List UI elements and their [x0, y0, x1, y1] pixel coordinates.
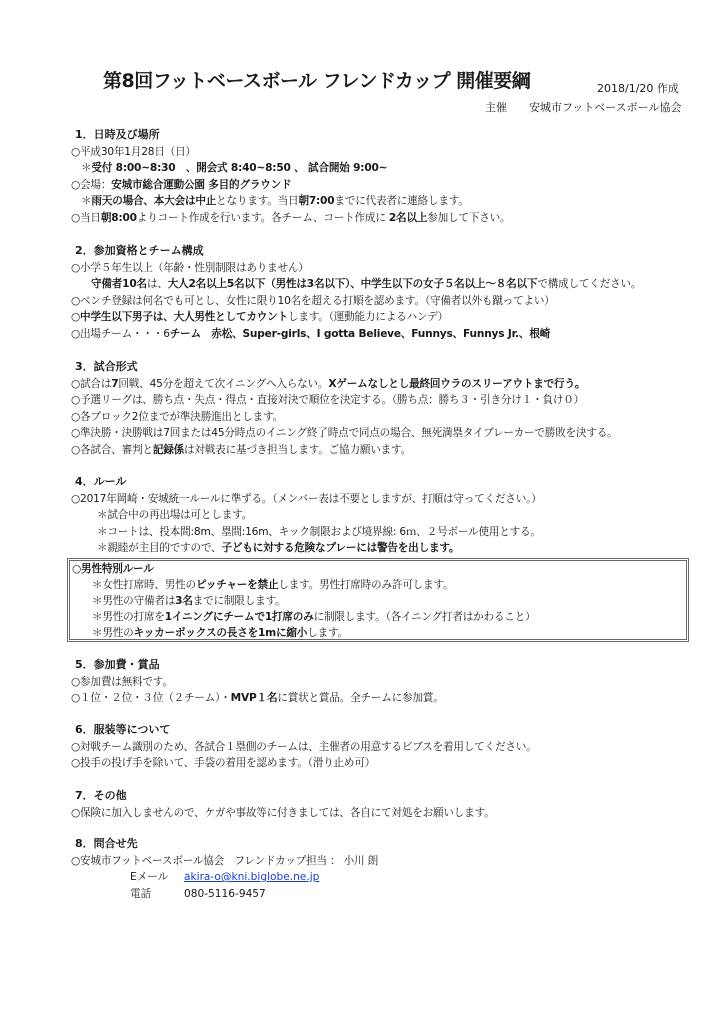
text-line: ＊女性打席時、男性のピッチャーを禁止します。男性打席時のみ許可します。: [72, 577, 686, 593]
text: ＊男性の打席を: [92, 611, 165, 623]
text-line: 守備者10名は、大人2名以上5名以下（男性は3名以下）、中学生以下の女子５名以上…: [71, 276, 641, 293]
organizer-line: 主催安城市フットベースボール協会: [485, 99, 681, 115]
text-line: ○保険に加入しませんので、ケガや事故等に付きましては、各自にて対処をお願いします…: [71, 805, 495, 822]
contact-email-row: Eメールakira-o@kni.biglobe.ne.jp: [71, 869, 378, 886]
text: ○対戦チーム識別のため、各試合１塁側のチームは、主催者の用意するビブスを着用して…: [71, 741, 537, 753]
text-line: ＊コートは、投本間:8m、塁間:16m、キック制限および境界線: 6ｍ、２号ボー…: [71, 524, 542, 541]
section-heading: 3．試合形式: [75, 359, 618, 376]
bold-text: MVP１名: [231, 692, 278, 704]
bold-text: 朝7:00: [298, 195, 334, 207]
text-line: ○平成30年1月28日（日）: [71, 144, 510, 161]
text: ○当日: [71, 212, 101, 224]
text-line: ＊受付 8:00~8:30 、開会式 8:40~8:50 、 試合開始 9:00…: [71, 160, 510, 177]
section-body: ○保険に加入しませんので、ケガや事故等に付きましては、各自にて対処をお願いします…: [71, 805, 495, 822]
text: ○投手の投げ手を除いて、手袋の着用を認めます。（滑り止め可）: [71, 757, 375, 769]
bold-text: 中学生以下男子は、大人男性としてカウント: [80, 311, 288, 323]
section-heading: 2．参加資格とチーム構成: [75, 243, 641, 260]
text: ＊コートは、投本間:8m、塁間:16m、キック制限および境界線: 6ｍ、２号ボー…: [97, 526, 541, 538]
text: ○: [71, 311, 80, 323]
bold-text: 男性特別ルール: [81, 563, 154, 575]
contact-phone-row: 電話080-5116-9457: [71, 886, 378, 903]
text: ○小学５年生以上（年齢・性別制限はありません）: [71, 262, 309, 274]
section-1: 1．日時及び場所 ○平成30年1月28日（日）＊受付 8:00~8:30 、開会…: [71, 127, 510, 226]
text: は対戦表に基づき担当します。ご協力願います。: [184, 444, 411, 456]
text: ○2017年岡崎・安城統一ルールに準ずる。（メンバー表は不要としますが、打順は守…: [71, 493, 542, 505]
section-body: ○平成30年1月28日（日）＊受付 8:00~8:30 、開会式 8:40~8:…: [71, 144, 510, 227]
text-line: ○出場チーム・・・6チーム 赤松、Super-girls、I gotta Bel…: [71, 326, 641, 343]
text: します。（運動能力によるハンデ）: [288, 311, 448, 323]
section-body: ○小学５年生以上（年齢・性別制限はありません）守備者10名は、大人2名以上5名以…: [71, 260, 641, 343]
text: ○試合は: [71, 378, 111, 390]
text: ＊男性の: [92, 627, 134, 639]
text: ○準決勝・決勝戦は7回または45分時点のイニング終了時点で同点の場合、無死満塁タ…: [71, 427, 618, 439]
section-6: 6．服装等について ○対戦チーム識別のため、各試合１塁側のチームは、主催者の用意…: [71, 722, 537, 772]
text-line: ○試合は7回戦、45分を超えて次イニングへ入らない。Xゲームなしとし最終回ウラの…: [71, 376, 618, 393]
section-5: 5．参加費・賞品 ○参加費は無料です。○１位・２位・３位（２チーム）・MVP１名…: [71, 657, 444, 707]
text-line: ○安城市フットベースボール協会 フレンドカップ担当 ： 小川 朗: [71, 853, 378, 870]
text: ＊女性打席時、男性の: [92, 579, 196, 591]
bold-text: 受付 8:00~8:30 、開会式 8:40~8:50 、 試合開始 9:00~: [91, 162, 387, 174]
email-link[interactable]: akira-o@kni.biglobe.ne.jp: [184, 871, 319, 883]
section-heading: 6．服装等について: [75, 722, 537, 739]
text: ＊: [81, 162, 91, 174]
section-heading: 5．参加費・賞品: [75, 657, 444, 674]
organizer-name: 安城市フットベースボール協会: [529, 101, 681, 114]
text-line: ＊試合中の再出場は可とします。: [71, 507, 542, 524]
document-title: 第8回フットベースボール フレンドカップ 開催要綱: [103, 66, 530, 93]
section-7: 7．その他 ○保険に加入しませんので、ケガや事故等に付きましては、各自にて対処を…: [71, 788, 495, 821]
bold-text: 大人2名以上5名以下（男性は3名以下）、中学生以下の女子５名以上～８名以下: [168, 278, 538, 290]
bold-text: 1イニングにチームで1打席のみ: [165, 611, 314, 623]
phone-number: 080-5116-9457: [184, 888, 266, 900]
bold-text: キッカーボックスの長さを1mに縮小: [134, 627, 308, 639]
text-line: ＊親睦が主目的ですので、子どもに対する危険なプレーには警告を出します。: [71, 540, 542, 557]
bold-text: Xゲームなしとし最終回ウラのスリーアウトまで行う。: [328, 378, 585, 390]
text: ○安城市フットベースボール協会 フレンドカップ担当 ： 小川 朗: [71, 855, 378, 867]
text-line: ＊男性の守備者は3名までに制限します。: [72, 593, 686, 609]
text: ＊男性の守備者は: [92, 595, 175, 607]
text: で構成してください。: [537, 278, 641, 290]
created-date: 2018/1/20 作成: [597, 80, 679, 96]
text: ○ベンチ登録は何名でも可とし、女性に限り10名を超える打順を認めます。（守備者以…: [71, 295, 555, 307]
section-body: ○安城市フットベースボール協会 フレンドカップ担当 ： 小川 朗: [71, 853, 378, 870]
text-line: ○ベンチ登録は何名でも可とし、女性に限り10名を超える打順を認めます。（守備者以…: [71, 293, 641, 310]
text-line: ＊雨天の場合、本大会は中止となります。当日朝7:00までに代表者に連絡します。: [71, 193, 510, 210]
text-line: ○対戦チーム識別のため、各試合１塁側のチームは、主催者の用意するビブスを着用して…: [71, 739, 537, 756]
section-8: 8．問合せ先 ○安城市フットベースボール協会 フレンドカップ担当 ： 小川 朗 …: [71, 836, 378, 902]
text-line: ○各ブロック2位までが準決勝進出とします。: [71, 409, 618, 426]
section-heading: 1．日時及び場所: [75, 127, 510, 144]
male-special-rules-box: ○男性特別ルール＊女性打席時、男性のピッチャーを禁止します。男性打席時のみ許可し…: [67, 558, 689, 642]
section-heading: 7．その他: [75, 788, 495, 805]
text-line: ○中学生以下男子は、大人男性としてカウントします。（運動能力によるハンデ）: [71, 309, 641, 326]
text: ○保険に加入しませんので、ケガや事故等に付きましては、各自にて対処をお願いします…: [71, 807, 495, 819]
text-line: ○予選リーグは、勝ち点・失点・得点・直接対決で順位を決定する。（勝ち点：勝ち３・…: [71, 392, 618, 409]
text-line: ○準決勝・決勝戦は7回または45分時点のイニング終了時点で同点の場合、無死満塁タ…: [71, 425, 618, 442]
text: ○予選リーグは、勝ち点・失点・得点・直接対決で順位を決定する。（勝ち点：勝ち３・…: [71, 394, 584, 406]
section-4: 4．ルール ○2017年岡崎・安城統一ルールに準ずる。（メンバー表は不要とします…: [71, 474, 542, 557]
text-line: ○１位・２位・３位（２チーム）・MVP１名に賞状と賞品。全チームに参加賞。: [71, 690, 444, 707]
text: となります。当日: [216, 195, 298, 207]
bold-text: 安城市総合運動公園 多目的グラウンド: [111, 179, 291, 191]
text: ○: [72, 563, 81, 575]
section-body: ○対戦チーム識別のため、各試合１塁側のチームは、主催者の用意するビブスを着用して…: [71, 739, 537, 772]
text: ＊試合中の再出場は可とします。: [97, 509, 252, 521]
text-line: ＊男性のキッカーボックスの長さを1mに縮小します。: [72, 625, 686, 641]
text-line: ○男性特別ルール: [72, 561, 686, 577]
text: に賞状と賞品。全チームに参加賞。: [277, 692, 443, 704]
section-body: ○参加費は無料です。○１位・２位・３位（２チーム）・MVP１名に賞状と賞品。全チ…: [71, 674, 444, 707]
phone-label: 電話: [130, 886, 184, 903]
bold-text: 3名: [175, 595, 193, 607]
bold-text: 記録係: [153, 444, 184, 456]
text: します。男性打席時のみ許可します。: [278, 579, 453, 591]
text: ○参加費は無料です。: [71, 676, 173, 688]
text-line: ○会場：安城市総合運動公園 多目的グラウンド: [71, 177, 510, 194]
bold-text: 雨天の場合、本大会は中止: [91, 195, 216, 207]
text: 参加して下さい。: [427, 212, 510, 224]
text: に制限します。（各イニング打者はかわること）: [314, 611, 536, 623]
email-label: Eメール: [130, 869, 184, 886]
text: までに代表者に連絡します。: [334, 195, 468, 207]
text: します。: [307, 627, 348, 639]
text-line: ○参加費は無料です。: [71, 674, 444, 691]
section-heading: 8．問合せ先: [75, 836, 378, 853]
organizer-label: 主催: [485, 101, 507, 114]
section-3: 3．試合形式 ○試合は7回戦、45分を超えて次イニングへ入らない。Xゲームなしと…: [71, 359, 618, 458]
section-body: ○試合は7回戦、45分を超えて次イニングへ入らない。Xゲームなしとし最終回ウラの…: [71, 376, 618, 459]
text-line: ○2017年岡崎・安城統一ルールに準ずる。（メンバー表は不要としますが、打順は守…: [71, 491, 542, 508]
text: 回戦、45分を超えて次イニングへ入らない。: [118, 378, 328, 390]
section-2: 2．参加資格とチーム構成 ○小学５年生以上（年齢・性別制限はありません）守備者1…: [71, 243, 641, 342]
text: ○各試合、審判と: [71, 444, 153, 456]
bold-text: 守備者10名: [91, 278, 147, 290]
text-line: ○投手の投げ手を除いて、手袋の着用を認めます。（滑り止め可）: [71, 755, 537, 772]
section-body: ○2017年岡崎・安城統一ルールに準ずる。（メンバー表は不要としますが、打順は守…: [71, 491, 542, 557]
text: ＊: [81, 195, 91, 207]
text-line: ○各試合、審判と記録係は対戦表に基づき担当します。ご協力願います。: [71, 442, 618, 459]
bold-text: 子どもに対する危険なプレーには警告を出します。: [222, 542, 460, 554]
text-line: ＊男性の打席を1イニングにチームで1打席のみに制限します。（各イニング打者はかわ…: [72, 609, 686, 625]
text: ○平成30年1月28日（日）: [71, 146, 196, 158]
text: ＊親睦が主目的ですので、: [97, 542, 222, 554]
bold-text: 朝8:00: [101, 212, 137, 224]
text: ○１位・２位・３位（２チーム）・: [71, 692, 231, 704]
text: ○会場：: [71, 179, 111, 191]
text-line: ○小学５年生以上（年齢・性別制限はありません）: [71, 260, 641, 277]
text: ○出場チーム・・・6: [71, 328, 170, 340]
text: よりコート作成を行います。各チーム、コート作成に: [137, 212, 389, 224]
text-line: ○当日朝8:00よりコート作成を行います。各チーム、コート作成に 2名以上参加し…: [71, 210, 510, 227]
bold-text: 2名以上: [389, 212, 427, 224]
text: は、: [147, 278, 168, 290]
section-heading: 4．ルール: [75, 474, 542, 491]
bold-text: ピッチャーを禁止: [196, 579, 278, 591]
text: ○各ブロック2位までが準決勝進出とします。: [71, 411, 283, 423]
bold-text: チーム 赤松、Super-girls、I gotta Believe、Funny…: [170, 328, 550, 340]
text: までに制限します。: [193, 595, 286, 607]
